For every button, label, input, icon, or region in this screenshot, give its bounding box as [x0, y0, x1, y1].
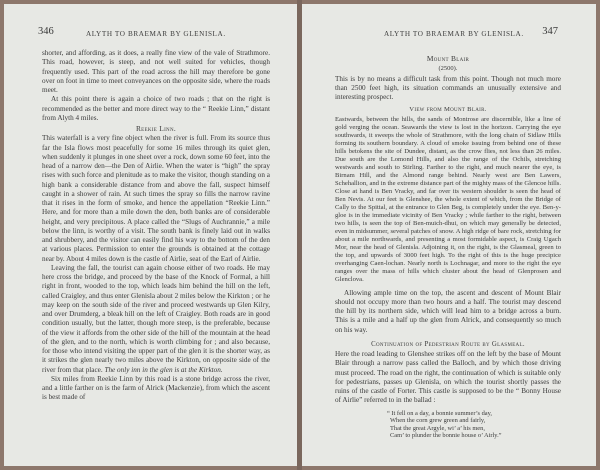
paragraph: This is by no means a difficult task fro… [335, 75, 561, 103]
verse-line: That the great Argyle, wi’ a’ his men, [387, 425, 561, 433]
running-head: Alyth to Braemar by Glenisla. [384, 30, 524, 38]
left-page: 346 Alyth to Braemar by Glenisla. shorte… [4, 4, 297, 466]
paragraph: Six miles from Reekie Linn by this road … [42, 375, 270, 403]
section-subheading: (2500). [335, 64, 561, 73]
paragraph: Here the road leading to Glenshee strike… [335, 350, 561, 406]
section-heading: Continuation of Pedestrian Route by Glas… [335, 340, 561, 349]
page-number: 346 [38, 26, 54, 37]
subsection-heading: View from Mount Blair. [335, 105, 561, 114]
paragraph: shorter, and affording, as it does, a re… [42, 49, 270, 95]
paragraph-text: Leaving the fall, the tourist can again … [42, 264, 270, 374]
running-head: Alyth to Braemar by Glenisla. [86, 30, 226, 38]
verse-line: When the corn grew green and fairly, [387, 417, 561, 425]
paragraph: This waterfall is a very fine object whe… [42, 134, 270, 264]
page-body: Mount Blair (2500). This is by no means … [335, 53, 561, 440]
paragraph: Allowing ample time on the top, the asce… [335, 289, 561, 335]
ballad-verse: “ It fell on a day, a bonnie summer’s da… [387, 410, 561, 440]
italic-note: The only inn in the glen is at the Kirkt… [104, 366, 222, 374]
section-heading: Reekie Linn. [42, 124, 270, 133]
verse-line: “ It fell on a day, a bonnie summer’s da… [387, 410, 561, 418]
paragraph: Eastwards, between the hills, the sands … [335, 116, 561, 284]
page-body: shorter, and affording, as it does, a re… [42, 49, 270, 403]
right-page: Alyth to Braemar by Glenisla. 347 Mount … [302, 4, 596, 466]
paragraph: At this point there is again a choice of… [42, 95, 270, 123]
verse-line: Cam’ to plunder the bonnie house o’ Airl… [387, 432, 561, 440]
section-heading: Mount Blair [335, 54, 561, 63]
paragraph: Leaving the fall, the tourist can again … [42, 264, 270, 375]
page-number: 347 [542, 26, 558, 37]
